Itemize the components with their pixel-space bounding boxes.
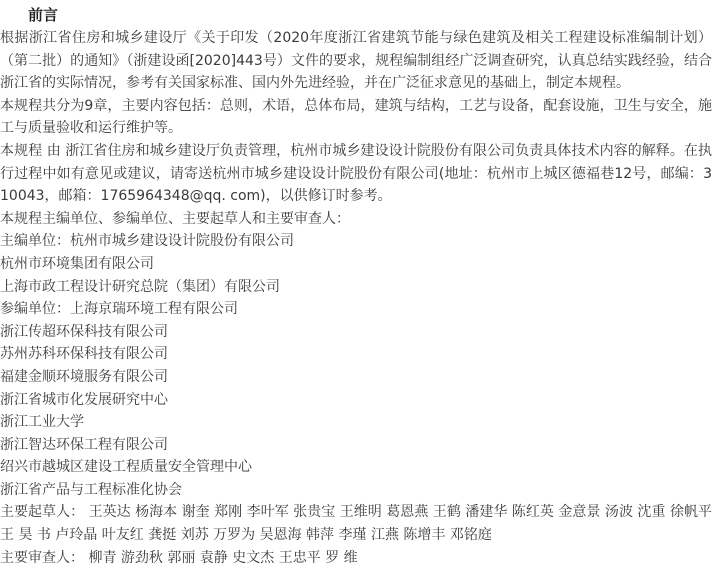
paragraph-contents-overview: 本规程共分为9章，主要内容包括：总则，术语，总体布局，建筑与结构，工艺与设备，配… [0,95,712,140]
line-participating-units: 参编单位：上海京瑞环境工程有限公司 [0,298,712,321]
paragraph-main-reviewers: 主要审查人： 柳青 游劲秋 郭丽 袁静 史文杰 王忠平 罗 维 [0,547,712,570]
paragraph-units-intro: 本规程主编单位、参编单位、主要起草人和主要审查人： [0,208,712,231]
line-unit-shaoxing-yuecheng-center: 绍兴市越城区建设工程质量安全管理中心 [0,456,712,479]
paragraph-main-drafters: 主要起草人： 王英达 杨海本 谢奎 郑刚 李叶军 张贵宝 王维明 葛恩燕 王鹤 … [0,501,712,546]
paragraph-management-contact: 本规程 由 浙江省住房和城乡建设厅负责管理，杭州市城乡建设设计院股份有限公司负责… [0,140,712,208]
line-chief-editor-unit: 主编单位：杭州市城乡建设设计院股份有限公司 [0,230,712,253]
document-body: 根据浙江省住房和城乡建设厅《关于印发（2020年度浙江省建筑节能与绿色建筑及相关… [0,27,714,569]
document-page: 前言 根据浙江省住房和城乡建设厅《关于印发（2020年度浙江省建筑节能与绿色建筑… [0,0,714,573]
page-title: 前言 [0,0,714,27]
line-unit-zhejiang-standardization-association: 浙江省产品与工程标准化协会 [0,479,712,502]
line-unit-shanghai-municipal-design: 上海市政工程设计研究总院（集团）有限公司 [0,276,712,299]
line-unit-zhejiang-urbanization-center: 浙江省城市化发展研究中心 [0,389,712,412]
line-unit-zhejiang-chuanchao: 浙江传超环保科技有限公司 [0,321,712,344]
paragraph-basis: 根据浙江省住房和城乡建设厅《关于印发（2020年度浙江省建筑节能与绿色建筑及相关… [0,27,712,95]
line-unit-fujian-jinshun: 福建金顺环境服务有限公司 [0,366,712,389]
line-unit-hangzhou-environment-group: 杭州市环境集团有限公司 [0,253,712,276]
line-unit-suzhou-suke: 苏州苏科环保科技有限公司 [0,343,712,366]
line-unit-zhejiang-zhida: 浙江智达环保工程有限公司 [0,434,712,457]
line-unit-zhejiang-university-of-technology: 浙江工业大学 [0,411,712,434]
